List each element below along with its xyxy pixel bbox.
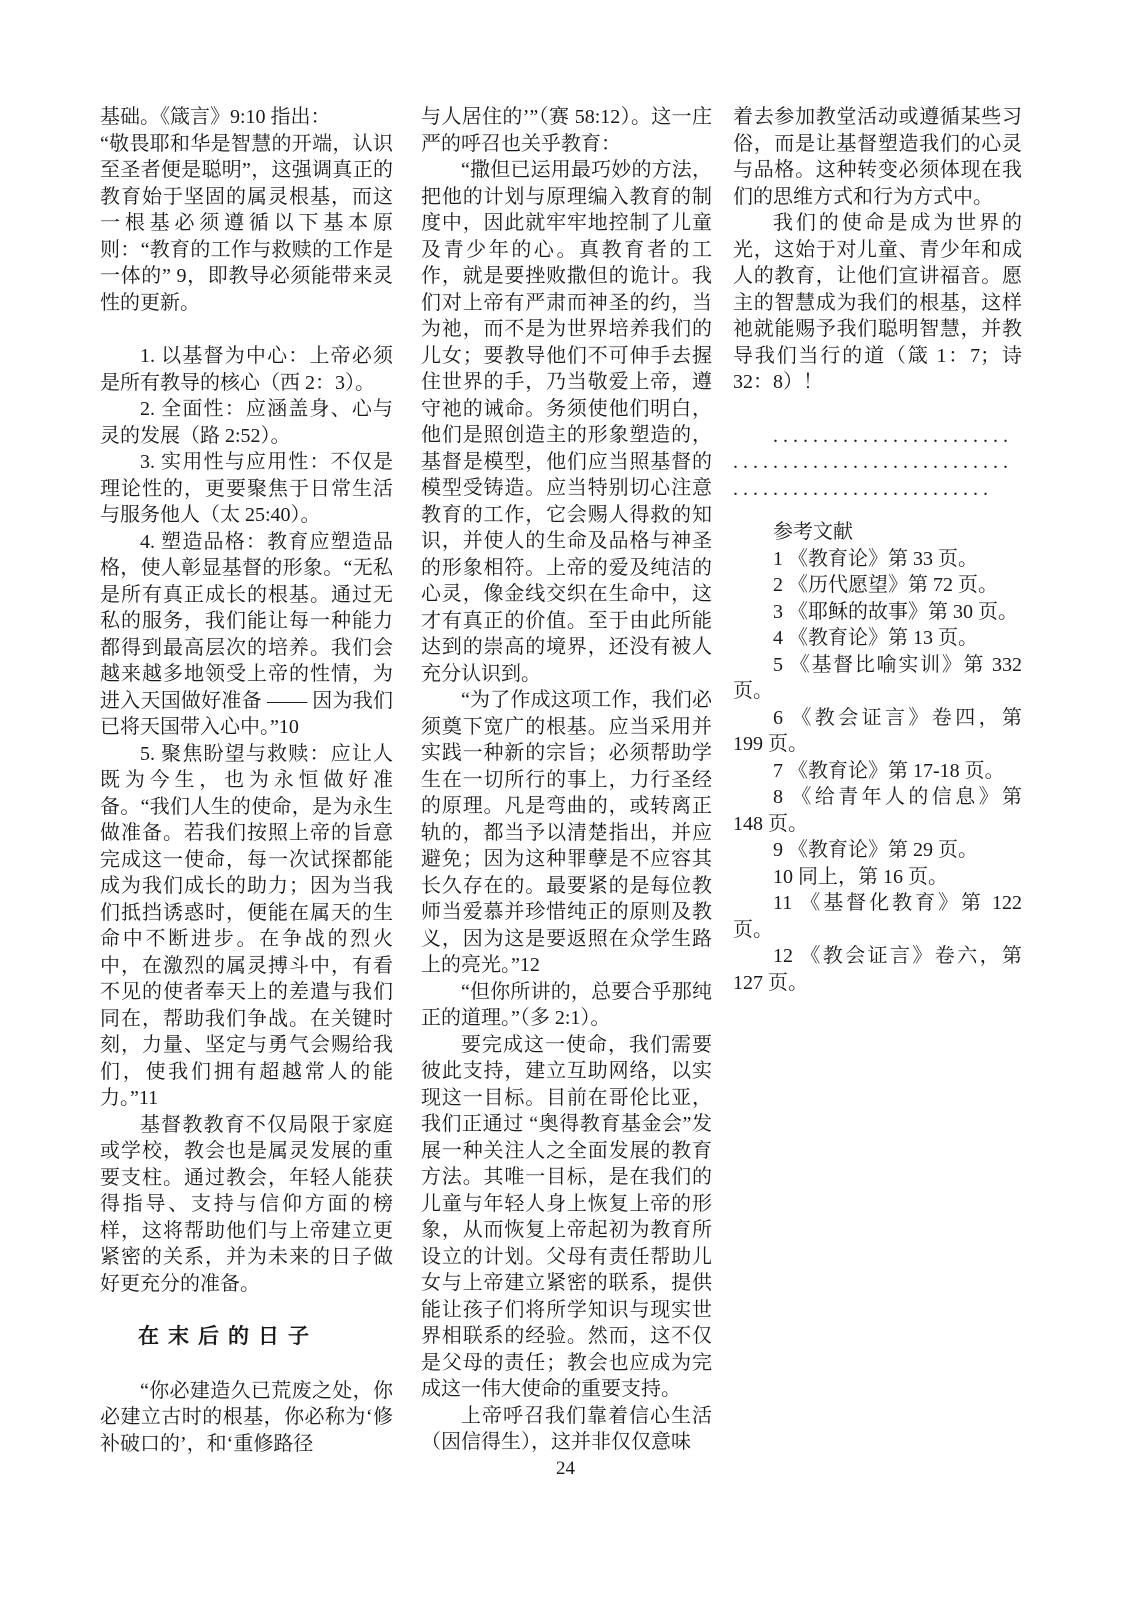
list-item-4: 4. 塑造品格：教育应塑造品格，使人彰显基督的形象。“无私是所有真正成长的根基。… [100,529,393,741]
section-heading: 在末后的日子 [100,1323,393,1350]
light-of-world-paragraph: 我们的使命是成为世界的光，这始于对儿童、青少年和成人的教育，让他们宣讲福音。愿主… [733,210,1022,396]
continued-paragraph: 与人居住的’”（赛 58:12）。这一庄严的呼召也关乎教育： [421,104,712,157]
document-page: 基础。《箴言》9:10 指出： “敬畏耶和华是智慧的开端，认识至圣者便是聪明”，… [0,0,1131,1600]
dotted-line: . . . . . . . . . . . . . . . . . . . . … [733,423,1022,450]
reference-item-11: 11 《基督化教育》第 122 页。 [733,890,1022,943]
reference-item-12: 12 《教会证言》卷六，第 127 页。 [733,943,1022,996]
page-number: 24 [0,1458,1131,1480]
dotted-line: . . . . . . . . . . . . . . . . . . . . … [733,449,1022,476]
reference-item-10: 10 同上，第 16 页。 [733,864,1022,891]
reference-item-5: 5 《基督比喻实训》第 332 页。 [733,652,1022,705]
dotted-leader-block: . . . . . . . . . . . . . . . . . . . . … [733,423,1022,503]
faith-paragraph: 上帝呼召我们靠着信心生活（因信得生），这并非仅仅意味 [421,1403,712,1456]
intro-line: 基础。《箴言》9:10 指出： [100,104,393,131]
column-left: 基础。《箴言》9:10 指出： “敬畏耶和华是智慧的开端，认识至圣者便是聪明”，… [100,104,393,1457]
reference-item-4: 4 《教育论》第 13 页。 [733,625,1022,652]
satan-quote-paragraph: “撒但已运用最巧妙的方法，把他的计划与原理编入教育的制度中，因此就牢牢地控制了儿… [421,157,712,687]
paragraph-spacer [100,316,393,343]
foundation-quote-paragraph: “为了作成这项工作，我们必须奠下宽广的根基。应当采用并实践一种新的宗旨；必须帮助… [421,687,712,979]
list-item-1: 1. 以基督为中心：上帝必须是所有教导的核心（西 2：3）。 [100,343,393,396]
reference-item-7: 7 《教育论》第 17-18 页。 [733,758,1022,785]
church-paragraph: 基督教教育不仅局限于家庭或学校，教会也是属灵发展的重要支柱。通过教会，年轻人能获… [100,1112,393,1298]
mission-paragraph: 要完成这一使命，我们需要彼此支持，建立互助网络，以实现这一目标。目前在哥伦比亚，… [421,1032,712,1403]
intro-quote-paragraph: “敬畏耶和华是智慧的开端，认识至圣者便是聪明”，这强调真正的教育始于坚固的属灵根… [100,131,393,317]
reference-item-1: 1 《教育论》第 33 页。 [733,546,1022,573]
closing-quote-paragraph: “你必建造久已荒废之处，你必建立古时的根基，你必称为‘修补破口的’，和‘重修路径 [100,1378,393,1458]
list-item-3: 3. 实用性与应用性：不仅是理论性的，更要聚焦于日常生活与服务他人（太 25:4… [100,449,393,529]
reference-item-8: 8 《给青年人的信息》第 148 页。 [733,784,1022,837]
reference-item-3: 3 《耶稣的故事》第 30 页。 [733,599,1022,626]
list-item-5: 5. 聚焦盼望与救赎：应让人既为今生，也为永恒做好准备。“我们人生的使命，是为永… [100,741,393,1112]
references-heading: 参考文献 [733,519,1022,546]
column-middle: 与人居住的’”（赛 58:12）。这一庄严的呼召也关乎教育： “撒但已运用最巧妙… [421,104,712,1456]
reference-item-6: 6 《教会证言》卷四，第 199 页。 [733,705,1022,758]
continued-paragraph: 着去参加教堂活动或遵循某些习俗，而是让基督塑造我们的心灵与品格。这种转变必须体现… [733,104,1022,210]
column-right: 着去参加教堂活动或遵循某些习俗，而是让基督塑造我们的心灵与品格。这种转变必须体现… [733,104,1022,996]
dotted-line: . . . . . . . . . . . . . . . . . . . . … [733,476,1022,503]
list-item-2: 2. 全面性：应涵盖身、心与灵的发展（路 2:52）。 [100,396,393,449]
doctrine-quote-paragraph: “但你所讲的，总要合乎那纯正的道理。”（多 2:1）。 [421,979,712,1032]
paragraph-spacer [733,396,1022,423]
reference-item-9: 9 《教育论》第 29 页。 [733,837,1022,864]
reference-item-2: 2 《历代愿望》第 72 页。 [733,572,1022,599]
